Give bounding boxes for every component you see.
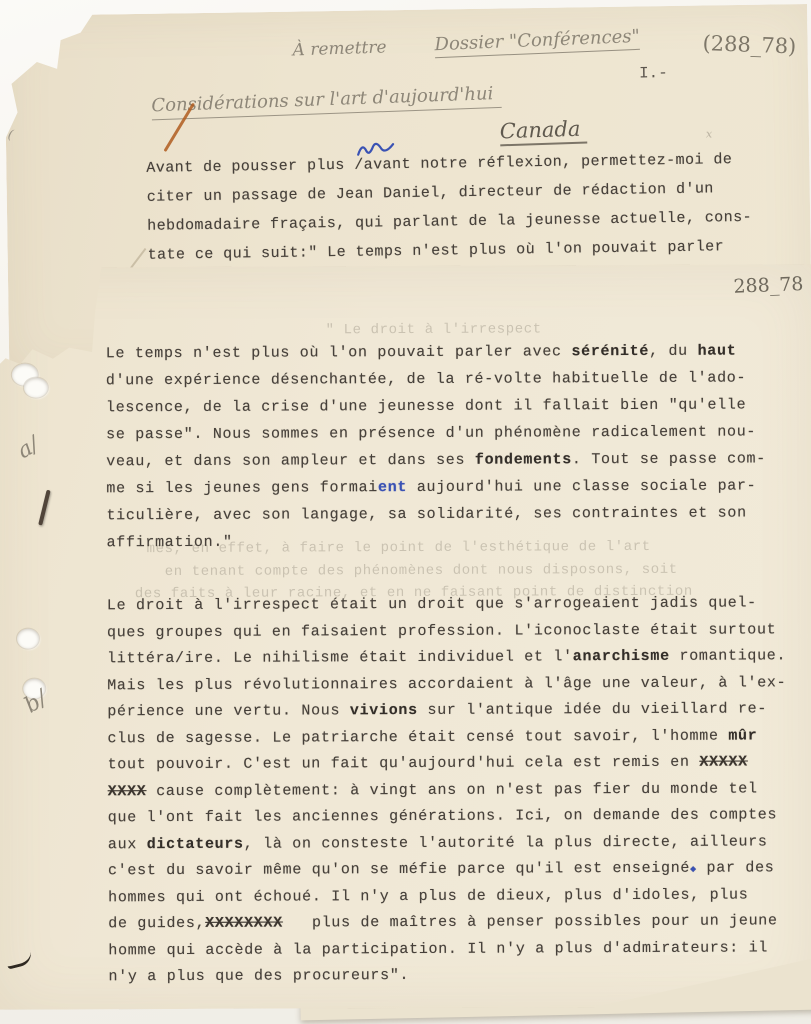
handwritten-note-dossier-conferences: Dossier "Conférences" — [434, 26, 640, 58]
typed-paragraph-3: Le droit à l'irrespect était un droit qu… — [107, 594, 788, 994]
typed-line: Le droit à l'irrespect était un droit qu… — [107, 594, 786, 623]
typed-line: d'une expérience désenchantée, de la ré-… — [106, 369, 766, 399]
typed-line: affirmation." — [107, 531, 767, 561]
page-2-sheet: 288_78 " Le droit à l'irrespectmes, en e… — [0, 264, 811, 1010]
typed-line: clus de sagesse. Le patriarche était cen… — [107, 727, 786, 756]
typed-line: c'est du savoir même qu'on se méfie parc… — [108, 859, 787, 888]
typed-line: veau, et dans son ampleur et dans ses fo… — [106, 450, 766, 480]
ghost-line: " Le droit à l'irrespect — [326, 321, 542, 338]
punch-hole — [24, 378, 48, 398]
typed-paragraph-1: Avant de pousser plus /avant notre réfle… — [146, 151, 753, 276]
ghost-line: en tenant compte des phénomènes dont nou… — [165, 562, 678, 580]
typed-paragraph-2: Le temps n'est plus où l'on pouvait parl… — [106, 342, 767, 561]
edge-pencil-mark: ( — [6, 127, 14, 143]
typed-line: XXXX cause complètement: à vingt ans on … — [108, 780, 787, 809]
typed-page-number: I.- — [639, 64, 668, 82]
margin-note-a: a/ — [13, 432, 43, 464]
typed-line: aux dictateurs, là on consteste l'autori… — [108, 833, 787, 862]
typed-line: périence une vertu. Nous vivions sur l'a… — [107, 700, 786, 729]
typed-line: me si les jeunes gens formaient aujourd'… — [106, 477, 766, 507]
typed-line: de guides,XXXXXXXX plus de maîtres à pen… — [108, 912, 787, 941]
typed-line: ques groupes qui en faisaient profession… — [107, 621, 786, 650]
scanned-document: À remettre Dossier "Conférences" (288_78… — [0, 0, 811, 1024]
typed-line: lescence, de la crise d'une jeunesse don… — [106, 396, 766, 426]
pencil-mark: x — [706, 127, 712, 140]
handwritten-ref-number: (288_78) — [702, 31, 797, 58]
staple-mark — [38, 490, 50, 526]
typed-line: que l'ont fait les anciennes générations… — [108, 806, 787, 835]
typed-line: hommes qui ont échoué. Il n'y a plus de … — [108, 886, 787, 915]
ink-hook-mark — [5, 951, 33, 970]
typed-line: littéra/ire. Le nihilisme était individu… — [107, 647, 786, 676]
typed-line: Le temps n'est plus où l'on pouvait parl… — [106, 342, 766, 372]
handwritten-ref-number-page2: 288_78 — [733, 273, 804, 298]
typed-line: homme qui accède à la participation. Il … — [108, 939, 787, 968]
handwritten-note-a-remettre: À remettre — [292, 37, 387, 60]
handwritten-title: Considérations sur l'art d'aujourd'hui — [151, 83, 502, 121]
typed-line: Mais les plus révolutionnaires accordaie… — [107, 674, 786, 703]
punch-hole — [17, 629, 39, 649]
typed-line: ticulière, avec son langage, sa solidari… — [106, 504, 766, 534]
typed-line: se passe". Nous sommes en présence d'un … — [106, 423, 766, 453]
handwritten-heading-canada: Canada — [499, 117, 586, 147]
typed-line: tout pouvoir. C'est un fait qu'aujourd'h… — [108, 753, 787, 782]
